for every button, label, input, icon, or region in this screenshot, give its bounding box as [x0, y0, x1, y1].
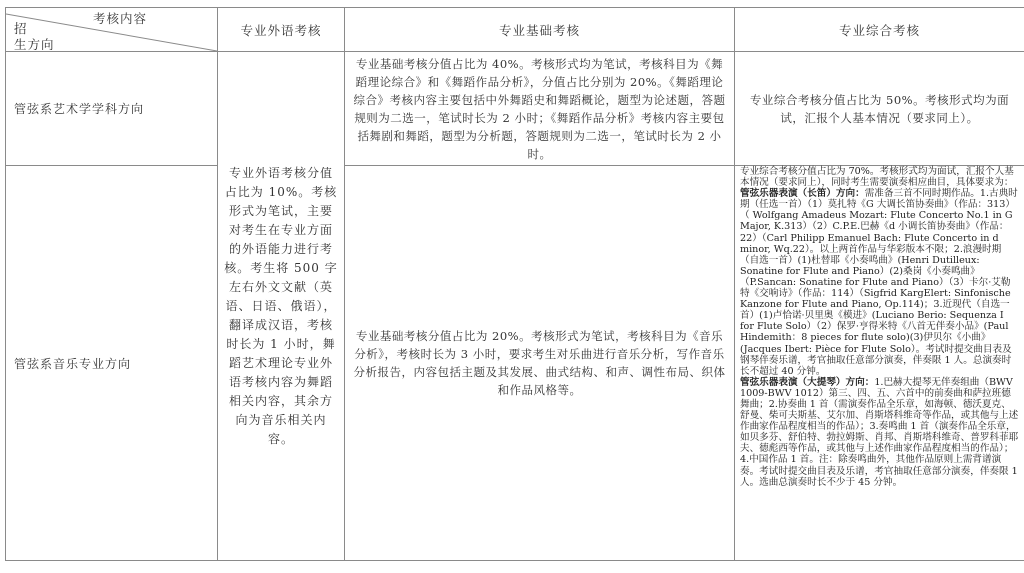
comprehensive-cell: 专业综合考核分值占比为 50%。考核形式均为面试，汇报个人基本情况（要求同上）。: [735, 52, 1024, 166]
basic-cell: 专业基础考核分值占比为 40%。考核形式均为笔试，考核科目为《舞蹈理论综合》和《…: [345, 52, 735, 166]
header-basic: 专业基础考核: [345, 8, 735, 52]
comprehensive-intro: 专业综合考核分值占比为 70%。考核形式均为面试，汇报个人基本情况（要求同上），…: [740, 166, 1019, 188]
direction-cell: 管弦系音乐专业方向: [6, 166, 218, 561]
comprehensive-cell: 专业综合考核分值占比为 70%。考核形式均为面试，汇报个人基本情况（要求同上），…: [735, 166, 1024, 561]
cello-requirements: 管弦乐器表演（大提琴）方向：1.巴赫大提琴无伴奏组曲（BWV 1009-BWV …: [740, 377, 1019, 488]
header-foreign-language: 专业外语考核: [218, 8, 345, 52]
header-direction-label-2: 生方向: [14, 35, 55, 53]
table-row: 管弦系音乐专业方向 专业基础考核分值占比为 20%。考核形式为笔试，考核科目为《…: [6, 166, 1024, 561]
table-row: 管弦系艺术学学科方向 专业外语考核分值占比为 10%。考核形式为笔试，主要对考生…: [6, 52, 1024, 166]
header-row: 考核内容 招 生方向 专业外语考核 专业基础考核 专业综合考核: [6, 8, 1024, 52]
diagonal-header-cell: 考核内容 招 生方向: [6, 8, 218, 52]
flute-requirements: 管弦乐器表演（长笛）方向：需准备三首不同时期作品。1.古典时期（任选一首）（1）…: [740, 188, 1019, 377]
header-exam-content-label: 考核内容: [93, 9, 147, 27]
header-comprehensive: 专业综合考核: [735, 8, 1024, 52]
foreign-language-cell: 专业外语考核分值占比为 10%。考核形式为笔试，主要对考生在专业方面的外语能力进…: [218, 52, 345, 561]
cello-text: 1.巴赫大提琴无伴奏组曲（BWV 1009-BWV 1012）第三、四、五、六首…: [740, 377, 1018, 488]
direction-cell: 管弦系艺术学学科方向: [6, 52, 218, 166]
flute-label: 管弦乐器表演（长笛）方向：: [740, 188, 865, 199]
flute-text: 需准备三首不同时期作品。1.古典时期（任选一首）（1）莫扎特《G 大调长笛协奏曲…: [740, 188, 1018, 377]
basic-cell: 专业基础考核分值占比为 20%。考核形式为笔试，考核科目为《音乐分析》，考核时长…: [345, 166, 735, 561]
cello-label: 管弦乐器表演（大提琴）方向：: [740, 377, 874, 388]
exam-requirements-table: 考核内容 招 生方向 专业外语考核 专业基础考核 专业综合考核 管弦系艺术学学科…: [5, 7, 1024, 561]
